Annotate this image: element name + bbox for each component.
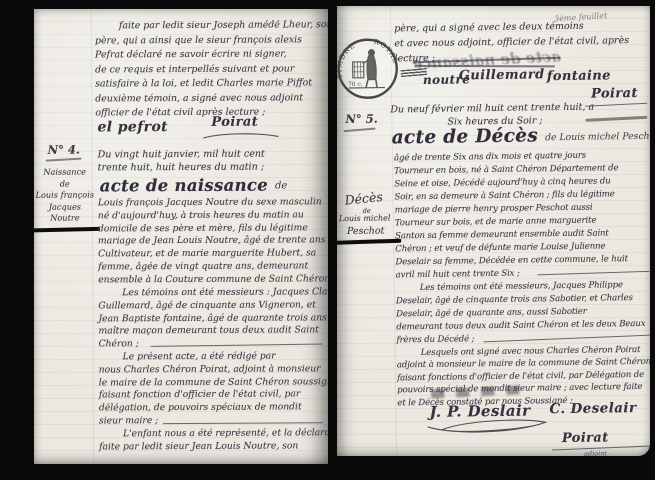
official-signature: Poirat [211,115,258,130]
death-act-title-row: acte de Décès de Louis michel Peschot [391,117,650,149]
act-number: N° 5. [345,112,377,126]
manuscript-line: Du vingt huit janvier, mil huit cent [98,149,265,162]
manuscript-line: père, qui a ainsi que le sieur françois … [95,33,323,49]
margin-ink-bar [34,227,100,232]
official-title: adjoint [584,449,607,456]
timbre-royal-stamp-icon: TIMBRE ROYAL 70 c. [337,35,401,102]
right-page-content: 3ème feuillet TIMBRE ROYAL [337,6,650,456]
manuscript-line: satisfaire à la loi, et ledit Charles ma… [95,76,323,92]
birth-act-paragraph-1: Louis françois Jacques Noutre du sexe ma… [98,196,328,287]
margin-note-naissance: NaissancedeLouis françoisJacquesNoutre [34,166,96,224]
margin-note-line: Louis michel [339,213,391,223]
act-number: N° 4. [48,143,80,157]
signature-flourish-icon [201,130,281,142]
manuscript-line: femme, âgée de vingt quatre ans, demeura… [98,260,328,274]
manuscript-line: maître maçon demeurant tous deux audit S… [98,325,328,339]
manuscript-line: nous Charles Chéron Poirat, adjoint à mo… [99,363,328,377]
margin-note-line: Noutre [34,213,96,225]
manuscript-line: deuxième témoin, a signé avec nous adjoi… [95,91,323,107]
manuscript-line: Cultivateur, et de marie marguerite Hube… [98,247,328,261]
margin-note-line: de [34,178,96,190]
right-page: 3ème feuillet TIMBRE ROYAL [337,6,650,456]
manuscript-line: ensemble à la Couture commune de Saint C… [98,273,328,287]
official-signature: Poirat [562,430,609,446]
left-page: faite par ledit sieur Joseph amédé Lheur… [34,9,328,464]
stamp-value: 70 c. [348,81,363,88]
manuscript-line: Le présent acte, a été rédigé par [99,350,328,364]
margin-note-line: Peschot [347,226,385,238]
margin-note-line: Naissance [34,166,96,178]
witness-signature: Guillemard [459,67,545,83]
manuscript-line: né d'aujourd'huy, à trois heures du mati… [98,209,328,223]
birth-act-redaction: Le présent acte, a été rédigé parnous Ch… [99,350,328,428]
manuscript-line: faite par ledit sieur Joseph amédé Lheur… [95,18,323,34]
manuscript-line: L'enfant nous a été représenté, et la dé… [99,427,328,441]
manuscript-line: Guillemard, âgé de cinquante ans Vignero… [98,299,328,313]
register-scan: faite par ledit sieur Joseph amédé Lheur… [0,0,655,480]
margin-note-line: Jacques [34,201,96,213]
witness-signature: C. Deselair [549,400,636,417]
manuscript-line: de ce requis et interpellés suivant et p… [95,62,323,78]
official-signature: Poirat [591,86,638,102]
margin-ink-bar [337,239,401,245]
birth-act-title-row: acte de naissance de [100,169,288,195]
witness-signature: fontaine [547,68,611,84]
manuscript-line: faite par ledit sieur Jean Louis Noutre,… [99,440,328,454]
death-act-title-suffix: de Louis michel Peschot [545,131,650,147]
margin-note-line: Louis françois [34,190,96,202]
manuscript-line: Les témoins ont été messieurs : Jacques … [98,286,328,300]
death-act-paragraph-1: âgé de trente Six ans dix mois et quatre… [394,149,628,282]
act-number-underline [46,158,82,162]
act-date-line: Du neuf février mil huit cent trente hui… [390,102,594,116]
signature-underline [585,103,647,107]
previous-act-closing: faite par ledit sieur Joseph amédé Lheur… [95,18,324,121]
margin-crease [91,9,94,464]
manuscript-line: mariage de Jean Louis Noutre, âgé de tre… [98,235,328,249]
birth-act-witnesses: Les témoins ont été messieurs : Jacques … [98,286,328,351]
manuscript-line: Pefrat déclaré ne savoir écrire ni signe… [95,47,323,63]
act-number-underline [344,128,376,132]
birth-act-title-suffix: de [275,180,287,194]
left-page-content: faite par ledit sieur Joseph amédé Lheur… [34,9,328,464]
manuscript-line: sieur maire ; [99,414,328,428]
witness-signature: el pefrot [97,119,168,135]
birth-act-title: acte de naissance [100,176,268,196]
manuscript-line: délégation, de pouvoirs spéciaux de mond… [99,401,328,415]
manuscript-line: Louis françois Jacques Noutre du sexe ma… [98,196,328,210]
margin-note-deces-word: Décès [344,189,384,208]
death-act-title: acte de Décès [392,125,539,148]
birth-act-declaration: L'enfant nous a été représenté, et la dé… [99,427,328,454]
signature-flourish-icon [422,415,554,439]
